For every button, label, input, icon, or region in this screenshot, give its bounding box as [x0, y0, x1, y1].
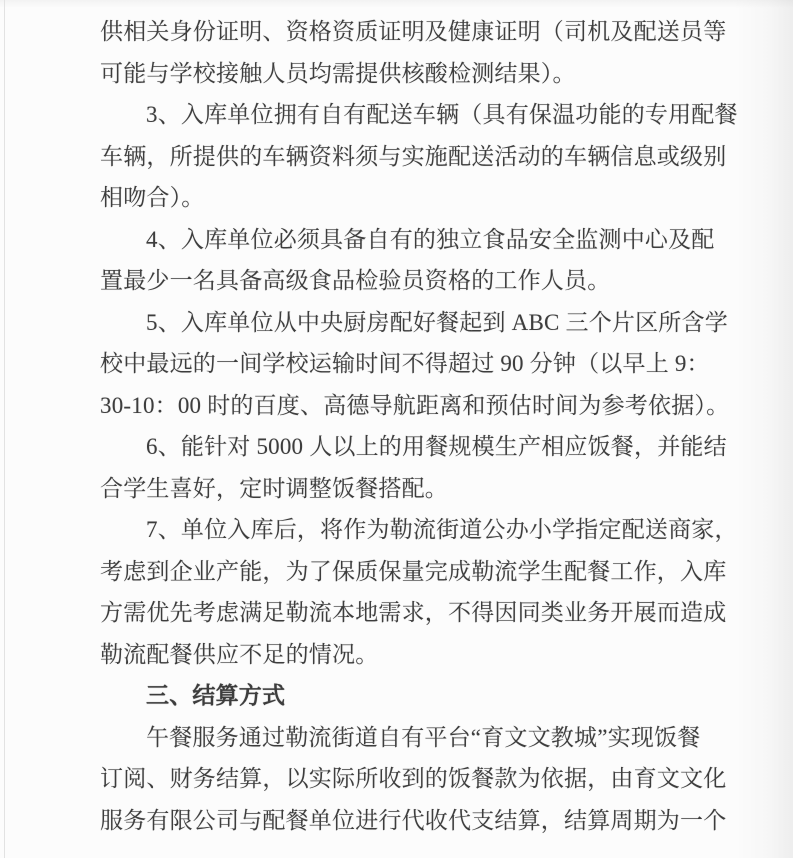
document-content: 供相关身份证明、资格资质证明及健康证明（司机及配送员等 可能与学校接触人员均需提… [100, 11, 690, 841]
page-left-edge-line [4, 0, 5, 858]
text-line: 可能与学校接触人员均需提供核酸检测结果）。 [100, 53, 690, 95]
text-line: 相吻合）。 [100, 177, 690, 219]
text-line: 方需优先考虑满足勒流本地需求，不得因同类业务开展而造成 [100, 592, 690, 634]
text-line: 勒流配餐供应不足的情况。 [100, 634, 690, 676]
text-line: 5、入库单位从中央厨房配好餐起到 ABC 三个片区所含学 [100, 302, 690, 344]
text-line: 校中最远的一间学校运输时间不得超过 90 分钟（以早上 9： [100, 343, 690, 385]
text-line: 车辆，所提供的车辆资料须与实施配送活动的车辆信息或级别 [100, 136, 690, 178]
page-top-shadow [0, 0, 793, 8]
document-page: 供相关身份证明、资格资质证明及健康证明（司机及配送员等 可能与学校接触人员均需提… [0, 0, 793, 858]
text-line: 6、能针对 5000 人以上的用餐规模生产相应饭餐，并能结 [100, 426, 690, 468]
text-line: 订阅、财务结算，以实际所收到的饭餐款为依据，由育文文化 [100, 758, 690, 800]
text-line: 服务有限公司与配餐单位进行代收代支结算，结算周期为一个 [100, 800, 690, 842]
section-heading: 三、结算方式 [100, 675, 690, 717]
text-line: 置最少一名具备高级食品检验员资格的工作人员。 [100, 260, 690, 302]
text-line: 午餐服务通过勒流街道自有平台“育文文教城”实现饭餐 [100, 717, 690, 759]
text-line: 考虑到企业产能，为了保质保量完成勒流学生配餐工作，入库 [100, 551, 690, 593]
page-right-shadow [735, 0, 793, 858]
text-line: 30-10：00 时的百度、高德导航距离和预估时间为参考依据）。 [100, 385, 690, 427]
text-line: 3、入库单位拥有自有配送车辆（具有保温功能的专用配餐 [100, 94, 690, 136]
text-line: 4、入库单位必须具备自有的独立食品安全监测中心及配 [100, 219, 690, 261]
text-line: 合学生喜好，定时调整饭餐搭配。 [100, 468, 690, 510]
text-line: 7、单位入库后，将作为勒流街道公办小学指定配送商家， [100, 509, 690, 551]
text-line: 供相关身份证明、资格资质证明及健康证明（司机及配送员等 [100, 11, 690, 53]
